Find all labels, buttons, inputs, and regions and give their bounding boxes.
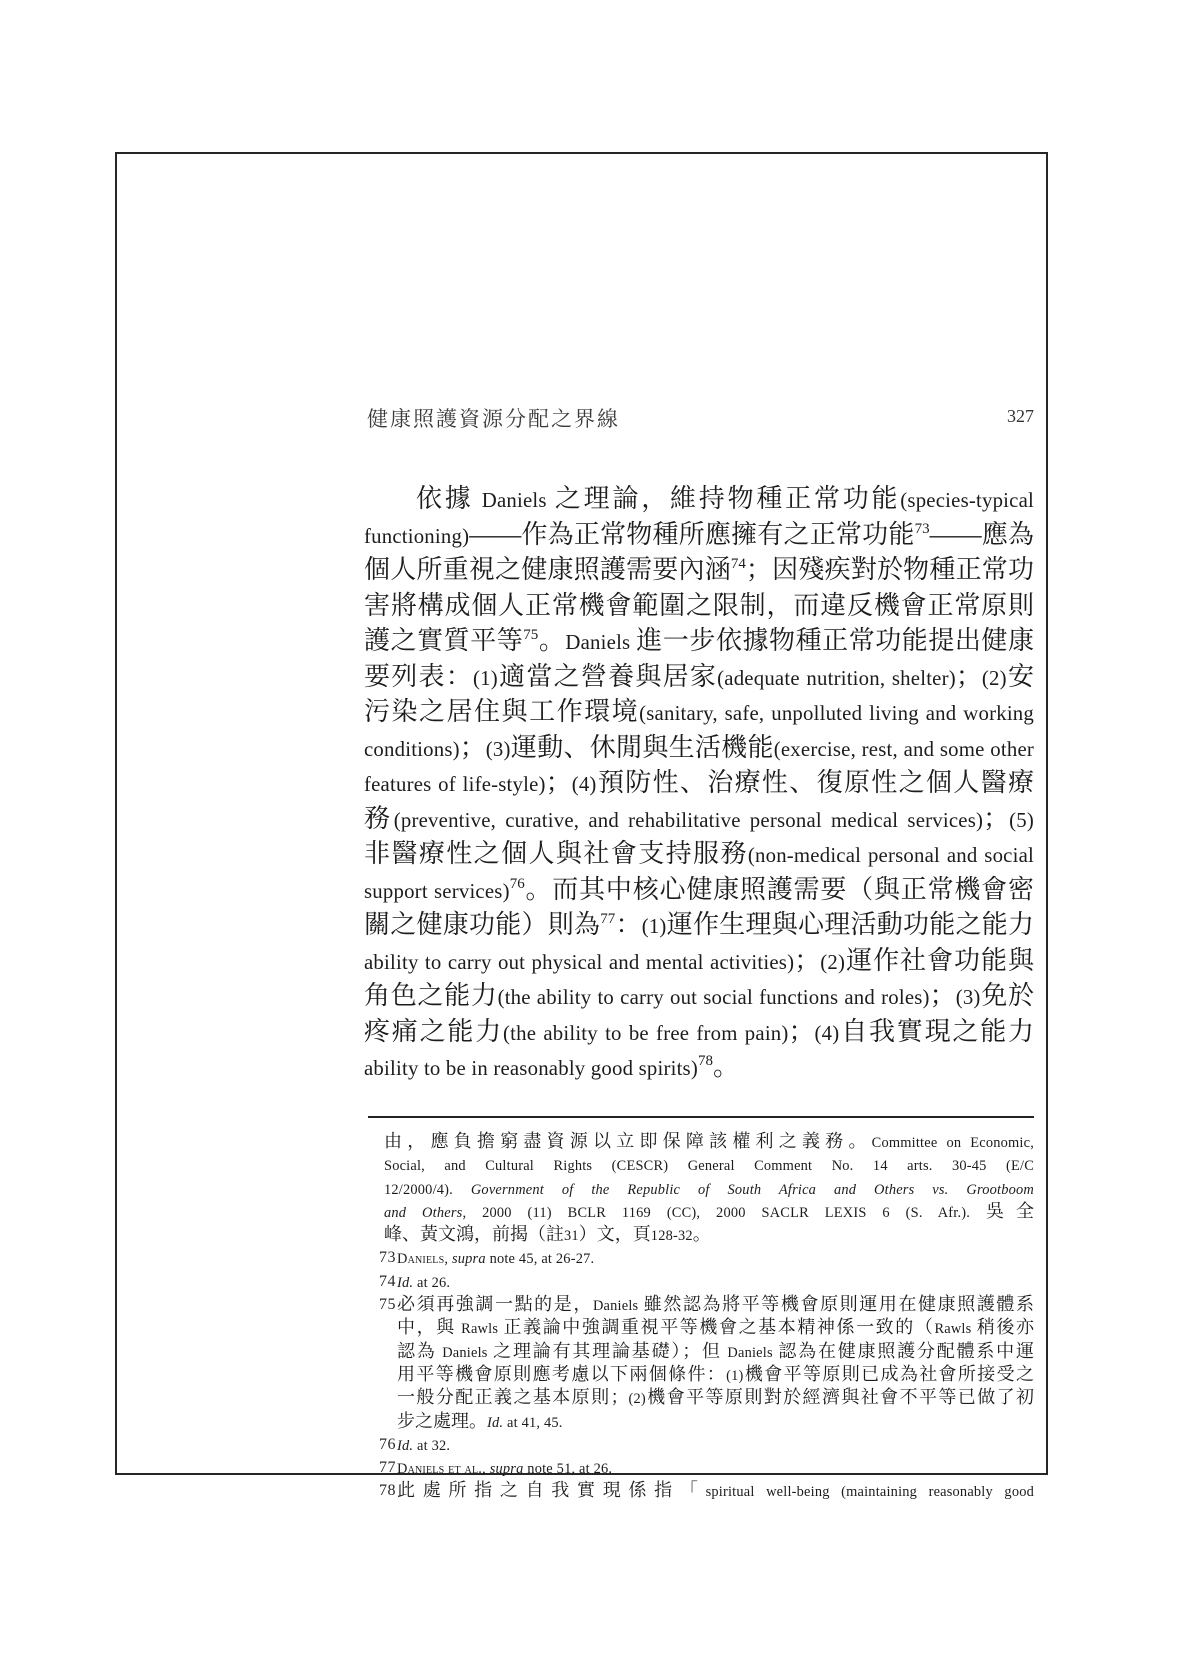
body-text-line: 角色之能力(the ability to carry out social fu… — [364, 978, 1034, 1014]
body-text-line: 要列表：(1)適當之營養與居家(adequate nutrition, shel… — [364, 659, 1034, 695]
body-text-line: 害將構成個人正常機會範圍之限制，而違反機會正常原則所希望維 — [364, 588, 1034, 624]
footnote-line: and Others, 2000 (11) BCLR 1169 (CC), 20… — [364, 1200, 1034, 1223]
body-text-line: 污染之居住與工作環境(sanitary, safe, unpolluted li… — [364, 694, 1034, 730]
body-text-line: 關之健康功能）則為77：(1)運作生理與心理活動功能之能力(the — [364, 907, 1034, 943]
footnote-number: 74 — [379, 1270, 396, 1293]
body-text-line: functioning)——作為正常物種所應擁有之正常功能73——應為理性 — [364, 517, 1034, 553]
footnote-line: 76Id. at 32. — [364, 1433, 1034, 1456]
footnote-line: 步之處理。Id. at 41, 45. — [364, 1410, 1034, 1433]
body-text-line: 疼痛之能力(the ability to be free from pain)；… — [364, 1014, 1034, 1050]
footnote-line: 由，應負擔窮盡資源以立即保障該權利之義務。Committee on Econom… — [364, 1130, 1034, 1153]
body-text-line: support services)76。而其中核心健康照護需要（與正常機會密切相 — [364, 872, 1034, 908]
footnote-number: 77 — [379, 1456, 396, 1479]
body-text-line: conditions)；(3)運動、休閒與生活機能(exercise, rest… — [364, 730, 1034, 766]
footnote-line: 用平等機會原則應考慮以下兩個條件：(1)機會平等原則已成為社會所接受之 — [364, 1363, 1034, 1386]
footnote-line: 認為 Daniels 之理論有其理論基礎）；但 Daniels 認為在健康照護分… — [364, 1340, 1034, 1363]
page-frame: 健康照護資源分配之界線 327 依據 Daniels 之理論，維持物種正常功能(… — [115, 152, 1048, 1475]
footnote-number: 76 — [379, 1433, 396, 1456]
body-text-line: 依據 Daniels 之理論，維持物種正常功能(species-typical … — [364, 481, 1034, 517]
footnote-line: 78此處所指之自我實現係指「spiritual well-being (main… — [364, 1479, 1034, 1502]
footnote-line: 73Daniels, supra note 45, at 26-27. — [364, 1246, 1034, 1269]
footnote-number: 75 — [379, 1293, 396, 1316]
footnote-line: 峰、黃文鴻，前揭（註31）文，頁128-32。 — [364, 1223, 1034, 1246]
page-header: 健康照護資源分配之界線 327 — [364, 403, 1034, 431]
footnote-number: 78 — [379, 1479, 396, 1502]
footnote-line: 75必須再強調一點的是，Daniels 雖然認為將平等機會原則運用在健康照護體系 — [364, 1293, 1034, 1316]
body-text-line: ability to be in reasonably good spirits… — [364, 1049, 1034, 1085]
body-text-line: 個人所重視之健康照護需要內涵74；因殘疾對於物種正常功能之傷 — [364, 552, 1034, 588]
footnote-line: Social, and Cultural Rights (CESCR) Gene… — [364, 1153, 1034, 1176]
footnote-separator-rule — [368, 1116, 1034, 1118]
body-text-line: 務(preventive, curative, and rehabilitati… — [364, 801, 1034, 837]
body-text-line: 非醫療性之個人與社會支持服務(non-medical personal and … — [364, 836, 1034, 872]
running-head-title: 健康照護資源分配之界線 — [367, 403, 620, 433]
body-text-line: 護之實質平等75。Daniels 進一步依據物種正常功能提出健康照護需 — [364, 623, 1034, 659]
footnote-line: 中，與 Rawls 正義論中強調重視平等機會之基本精神係一致的（Rawls 稍後… — [364, 1316, 1034, 1339]
footnotes-section: 由，應負擔窮盡資源以立即保障該權利之義務。Committee on Econom… — [364, 1130, 1034, 1503]
body-paragraph: 依據 Daniels 之理論，維持物種正常功能(species-typical … — [364, 481, 1034, 1085]
body-text-line: ability to carry out physical and mental… — [364, 943, 1034, 979]
footnote-line: 一般分配正義之基本原則；(2)機會平等原則對於經濟與社會不平等已做了初 — [364, 1386, 1034, 1409]
footnote-line: 74Id. at 26. — [364, 1270, 1034, 1293]
footnote-line: 77Daniels et al., supra note 51, at 26. — [364, 1456, 1034, 1479]
body-text-line: features of life-style)；(4)預防性、治療性、復原性之個… — [364, 765, 1034, 801]
footnote-number: 73 — [379, 1246, 396, 1269]
footnote-line: 12/2000/4). Government of the Republic o… — [364, 1177, 1034, 1200]
page-canvas: 健康照護資源分配之界線 327 依據 Daniels 之理論，維持物種正常功能(… — [0, 0, 1177, 1664]
page-number: 327 — [1007, 406, 1034, 427]
